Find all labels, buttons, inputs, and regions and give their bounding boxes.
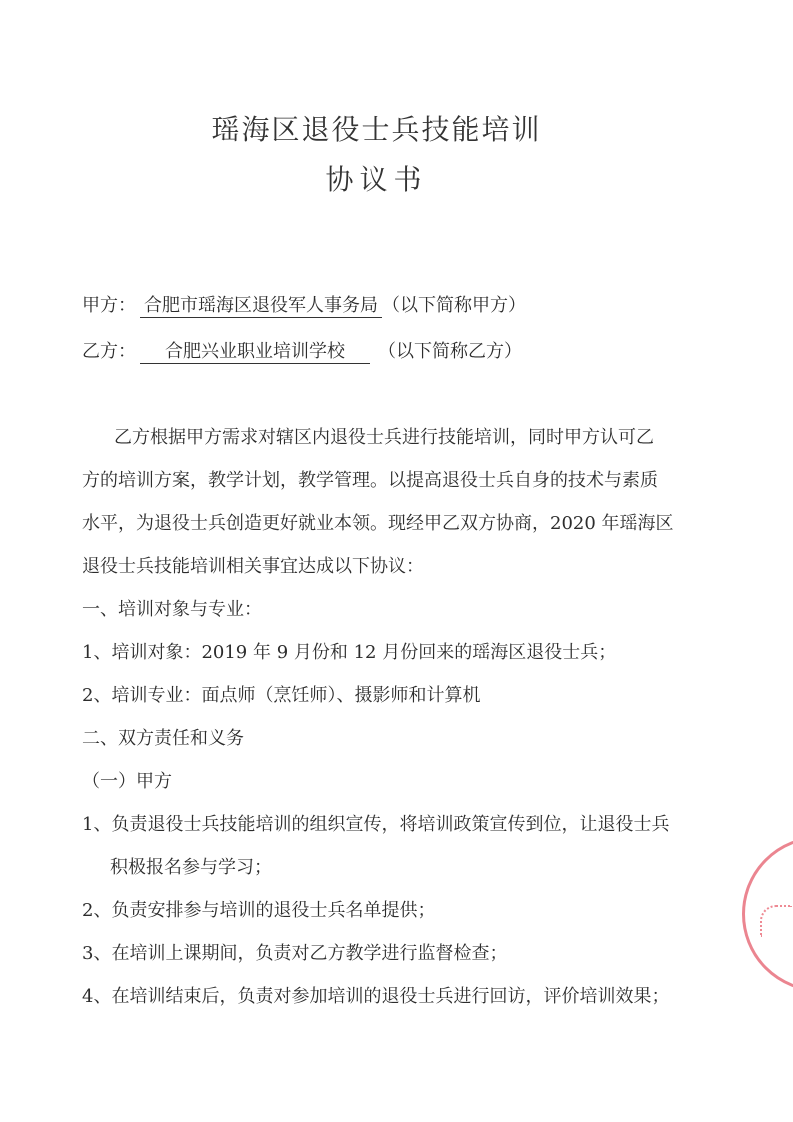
party-a-duty-1-cont: 积极报名参与学习； xyxy=(110,856,272,880)
party-a-duty-3: 3、在培训上课期间，负责对乙方教学进行监督检查； xyxy=(82,942,507,966)
document-page: 瑶海区退役士兵技能培训 协议书 甲方：合肥市瑶海区退役军人事务局（以下简称甲方）… xyxy=(0,0,793,1122)
section-1-heading: 一、培训对象与专业： xyxy=(82,598,262,622)
intro-line-4: 退役士兵技能培训相关事宜达成以下协议： xyxy=(82,555,424,579)
party-b-label: 乙方： xyxy=(82,341,136,362)
party-a-duty-4: 4、在培训结束后，负责对参加培训的退役士兵进行回访，评价培训效果； xyxy=(82,985,669,1009)
intro-line-2: 方的培训方案，教学计划，教学管理。以提高退役士兵自身的技术与素质 xyxy=(82,469,658,493)
party-a-suffix: （以下简称甲方） xyxy=(382,295,526,316)
document-subtitle: 协议书 xyxy=(0,158,773,198)
party-a-name: 合肥市瑶海区退役军人事务局 xyxy=(140,295,382,318)
section-1-item-2: 2、培训专业：面点师（烹饪师）、摄影师和计算机 xyxy=(82,684,480,708)
intro-line-3: 水平，为退役士兵创造更好就业本领。现经甲乙双方协商，2020 年瑶海区 xyxy=(82,512,674,536)
party-b-suffix: （以下简称乙方） xyxy=(378,341,522,362)
party-b-name: 合肥兴业职业培训学校 xyxy=(140,341,370,364)
party-a-duty-1: 1、负责退役士兵技能培训的组织宣传，将培训政策宣传到位，让退役士兵 xyxy=(82,813,669,837)
section-1-item-1: 1、培训对象：2019 年 9 月份和 12 月份回来的瑶海区退役士兵； xyxy=(82,641,616,665)
seal-emblem-mark xyxy=(760,905,792,937)
party-b-line: 乙方：合肥兴业职业培训学校（以下简称乙方） xyxy=(82,340,522,364)
party-a-line: 甲方：合肥市瑶海区退役军人事务局（以下简称甲方） xyxy=(82,294,526,318)
section-2-heading: 二、双方责任和义务 xyxy=(82,727,244,751)
intro-line-1: 乙方根据甲方需求对辖区内退役士兵进行技能培训，同时甲方认可乙 xyxy=(92,426,654,450)
document-title: 瑶海区退役士兵技能培训 xyxy=(0,108,773,148)
party-a-label: 甲方： xyxy=(82,295,136,316)
party-a-duty-2: 2、负责安排参与培训的退役士兵名单提供； xyxy=(82,899,435,923)
section-2-subheading: （一）甲方 xyxy=(82,770,172,794)
